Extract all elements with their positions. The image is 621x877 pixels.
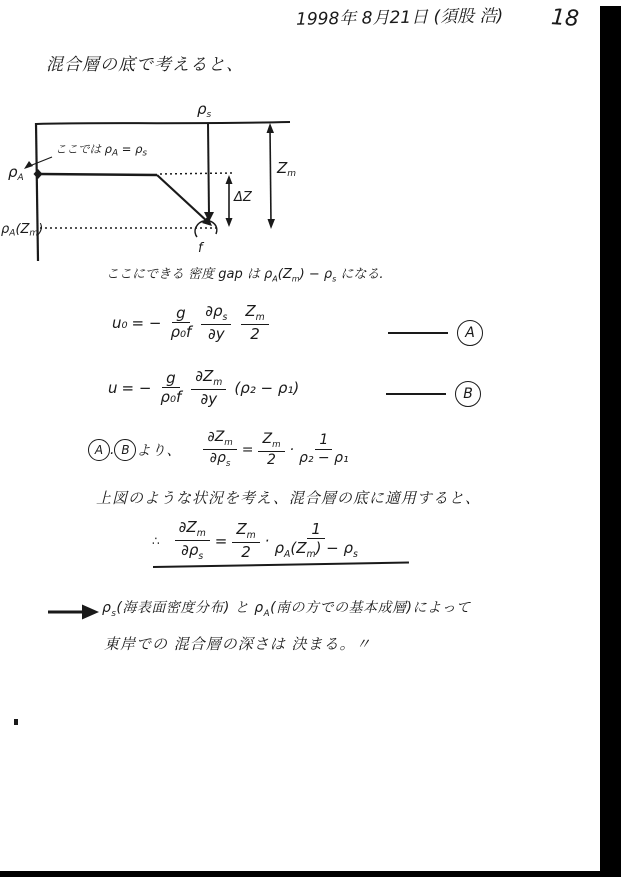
annotation-text: ここでは ρA = ρs (55, 142, 147, 159)
note-date: 1998年 8月21日 (須股 浩) (296, 1, 504, 30)
equation-a-tag: A (388, 320, 483, 346)
applied-lhs-fraction: ∂Zm∂ρs (175, 519, 210, 562)
scan-border-right (600, 6, 621, 877)
applied-inverse-fraction: 1ρA(Zm) − ρs (274, 521, 357, 560)
eq-a-relation: = − (132, 314, 162, 332)
delta-z-arrow-down (226, 218, 233, 227)
gap-note-text-1: ここにできる 密度 gap は (106, 267, 264, 282)
derivation-dot: · (290, 442, 294, 458)
eq-b-depth-gradient-fraction: ∂Zm∂y (191, 368, 226, 407)
sea-surface-line (36, 122, 290, 124)
derivation-tag-b: B (114, 439, 136, 461)
eq-a-coriolis-fraction: gρ₀f (170, 305, 191, 340)
eq-b-lhs: u (108, 379, 118, 397)
conclusion-arrow-icon (46, 603, 100, 621)
page-number: 18 (550, 5, 580, 32)
equation-a: u₀ = − gρ₀f ∂ρs∂y Zm2 (112, 303, 274, 342)
eq-a-depth-fraction: Zm2 (241, 303, 268, 342)
eq-b-density-difference: (ρ₂ − ρ₁) (234, 379, 299, 397)
gap-note-text-2: になる. (336, 267, 383, 282)
zm-label: Zm (276, 159, 296, 179)
mixed-layer-diagram: ρs ρA ρA(Zm) Zm ΔZ f ここでは ρA = ρs (0, 95, 312, 263)
density-gap-note: ここにできる 密度 gap は ρA(Zm) − ρs になる. (106, 263, 384, 284)
tag-b-circle: B (455, 381, 481, 407)
derivation-suffix: より、 (136, 440, 181, 460)
derivation-tag-a: A (88, 439, 110, 461)
eq-a-lhs: u₀ (112, 314, 128, 332)
tag-b-dash-line (386, 393, 446, 395)
handwritten-note-page: 1998年 8月21日 (須股 浩) 18 混合層の底で考えると、 ρ (0, 0, 621, 877)
zm-arrow-line (270, 128, 271, 224)
conclusion-line-1: ρs(海表面密度分布) と ρA(南の方での基本成層)によって (102, 597, 471, 619)
derivation-zm-half-fraction: Zm2 (258, 432, 284, 468)
eq-b-relation: = − (122, 379, 152, 397)
equation-b: u = − gρ₀f ∂Zm∂y (ρ₂ − ρ₁) (108, 368, 299, 407)
application-lead-text: 上図のような状況を考え、混合層の底に適用すると、 (96, 487, 481, 508)
mixed-layer-base-line (40, 174, 157, 175)
derivation-equals: = (242, 442, 254, 458)
tag-a-circle: A (457, 320, 483, 346)
mixed-layer-slope-line (157, 175, 209, 223)
applied-equation: ∴ ∂Zm∂ρs = Zm2 · 1ρA(Zm) − ρs (152, 519, 363, 562)
derivation-lhs-fraction: ∂Zm∂ρs (203, 430, 236, 469)
equation-b-tag: B (386, 381, 481, 407)
rho-s-profile-line (208, 123, 209, 215)
rho-s-label: ρs (197, 100, 212, 120)
annotation-leader-arrowhead (24, 161, 33, 169)
applied-equals: = (215, 532, 228, 550)
left-boundary-line (36, 123, 38, 261)
zm-arrow-up (267, 123, 275, 133)
tag-a-dash-line (388, 332, 448, 334)
upper-dotted-guide (160, 173, 232, 174)
delta-z-label: ΔZ (233, 190, 253, 205)
applied-zm-half-fraction: Zm2 (232, 521, 259, 560)
eq-a-density-gradient-fraction: ∂ρs∂y (201, 303, 231, 342)
delta-z-arrow-up (226, 175, 233, 184)
page-title: 混合層の底で考えると、 (46, 50, 244, 75)
rho-a-label: ρA (8, 163, 24, 183)
therefore-symbol: ∴ (152, 534, 160, 548)
zm-arrow-down (268, 219, 276, 229)
coriolis-f-label: f (198, 241, 205, 256)
conclusion-line-2: 東岸での 混合層の深さは 決まる。〃 (104, 633, 372, 654)
stray-ink-dot (14, 719, 18, 725)
scan-border-bottom (0, 871, 621, 877)
derivation-line: A . B より、 ∂Zm∂ρs = Zm2 · 1ρ₂ − ρ₁ (88, 430, 354, 469)
applied-dot: · (265, 532, 270, 550)
emphasis-underline (153, 562, 409, 568)
derivation-inverse-fraction: 1ρ₂ − ρ₁ (299, 433, 349, 466)
eq-b-coriolis-fraction: gρ₀f (160, 370, 181, 405)
